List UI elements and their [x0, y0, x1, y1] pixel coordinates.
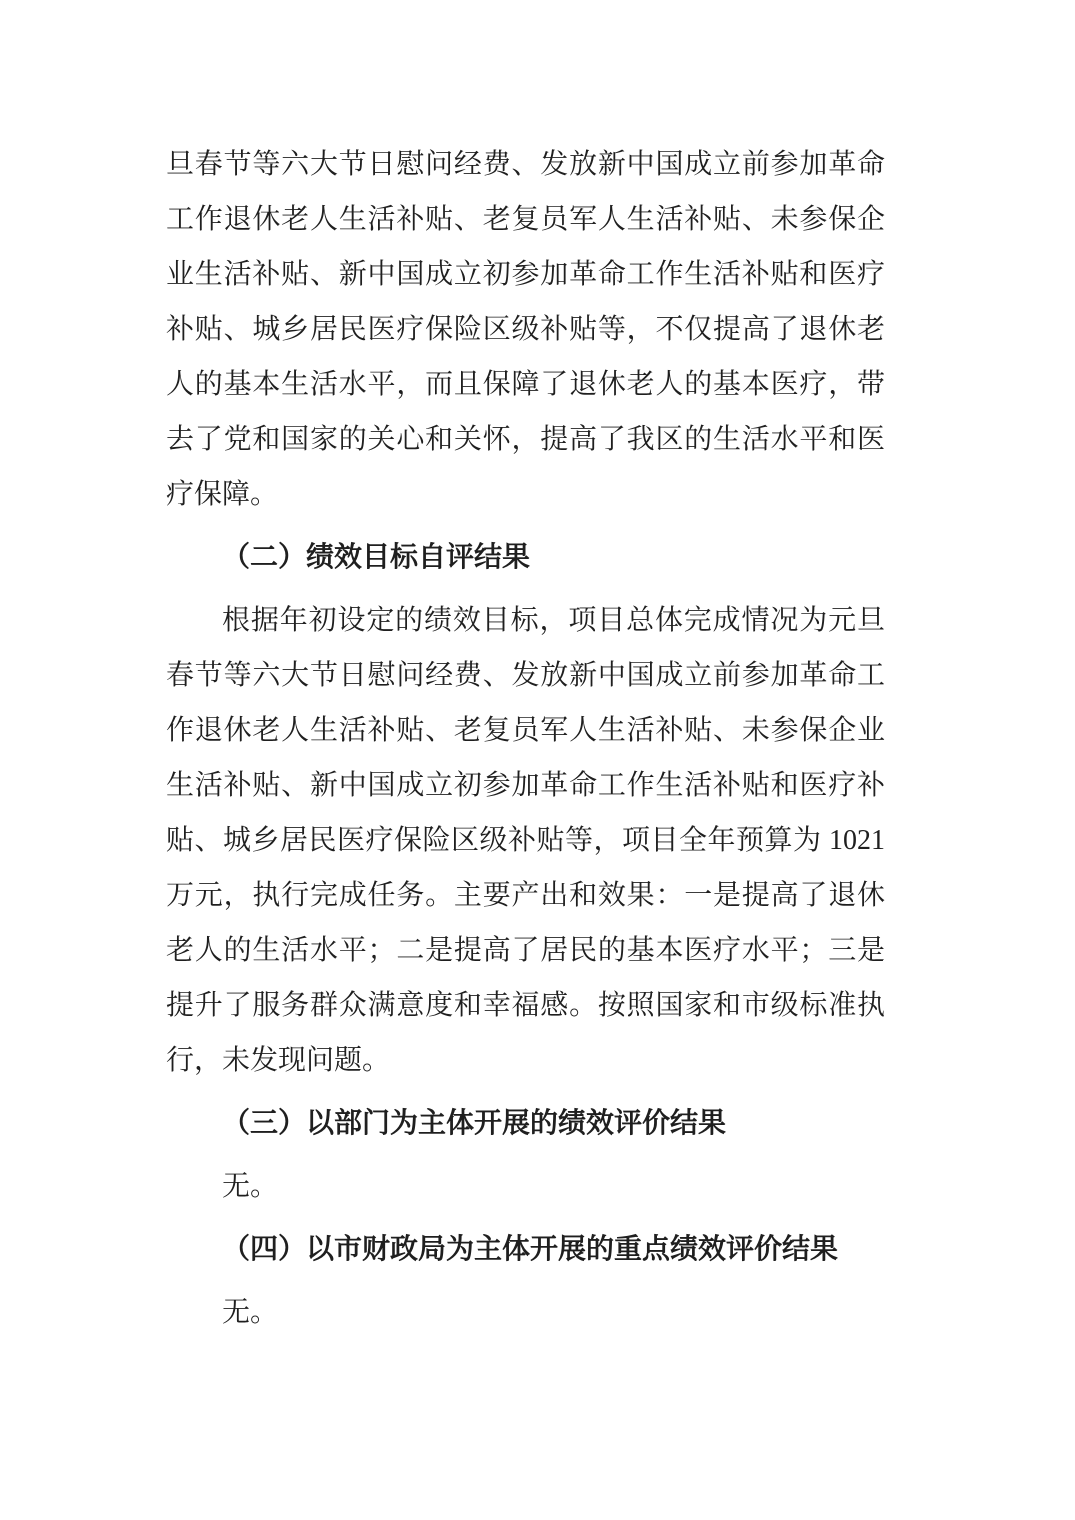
text-line: 无。 [166, 1285, 885, 1340]
text-line: 补贴、城乡居民医疗保险区级补贴等，不仅提高了退休老 [166, 302, 885, 357]
text-line: 贴、城乡居民医疗保险区级补贴等，项目全年预算为 1021 [166, 813, 885, 868]
text-line: 提升了服务群众满意度和幸福感。按照国家和市级标准执 [166, 978, 885, 1033]
text-line: 无。 [166, 1159, 885, 1214]
heading-section-4-finance-bureau-evaluation: （四）以市财政局为主体开展的重点绩效评价结果 [166, 1222, 885, 1277]
document-page: 旦春节等六大节日慰问经费、发放新中国成立前参加革命工作退休老人生活补贴、老复员军… [0, 0, 1075, 1520]
text-line: 老人的生活水平；二是提高了居民的基本医疗水平；三是 [166, 923, 885, 978]
text-line: 根据年初设定的绩效目标，项目总体完成情况为元旦 [166, 593, 885, 648]
text-line: 行，未发现问题。 [166, 1033, 885, 1088]
text-line: 业生活补贴、新中国成立初参加革命工作生活补贴和医疗 [166, 247, 885, 302]
paragraph-self-evaluation-detail: 根据年初设定的绩效目标，项目总体完成情况为元旦春节等六大节日慰问经费、发放新中国… [166, 593, 885, 1088]
paragraph-subsidy-summary: 旦春节等六大节日慰问经费、发放新中国成立前参加革命工作退休老人生活补贴、老复员军… [166, 137, 885, 522]
heading-section-3-department-evaluation: （三）以部门为主体开展的绩效评价结果 [166, 1096, 885, 1151]
text-line: 旦春节等六大节日慰问经费、发放新中国成立前参加革命 [166, 137, 885, 192]
document-content: 旦春节等六大节日慰问经费、发放新中国成立前参加革命工作退休老人生活补贴、老复员军… [166, 137, 885, 1348]
text-line: 万元，执行完成任务。主要产出和效果：一是提高了退休 [166, 868, 885, 923]
text-line: 作退休老人生活补贴、老复员军人生活补贴、未参保企业 [166, 703, 885, 758]
heading-line: （三）以部门为主体开展的绩效评价结果 [166, 1096, 885, 1151]
text-line: 人的基本生活水平，而且保障了退休老人的基本医疗，带 [166, 357, 885, 412]
heading-line: （二）绩效目标自评结果 [166, 530, 885, 585]
heading-line: （四）以市财政局为主体开展的重点绩效评价结果 [166, 1222, 885, 1277]
text-line: 去了党和国家的关心和关怀，提高了我区的生活水平和医 [166, 412, 885, 467]
text-line: 生活补贴、新中国成立初参加革命工作生活补贴和医疗补 [166, 758, 885, 813]
text-line: 疗保障。 [166, 467, 885, 522]
text-line: 春节等六大节日慰问经费、发放新中国成立前参加革命工 [166, 648, 885, 703]
paragraph-section-3-none: 无。 [166, 1159, 885, 1214]
text-line: 工作退休老人生活补贴、老复员军人生活补贴、未参保企 [166, 192, 885, 247]
paragraph-section-4-none: 无。 [166, 1285, 885, 1340]
heading-section-2-self-evaluation-results: （二）绩效目标自评结果 [166, 530, 885, 585]
